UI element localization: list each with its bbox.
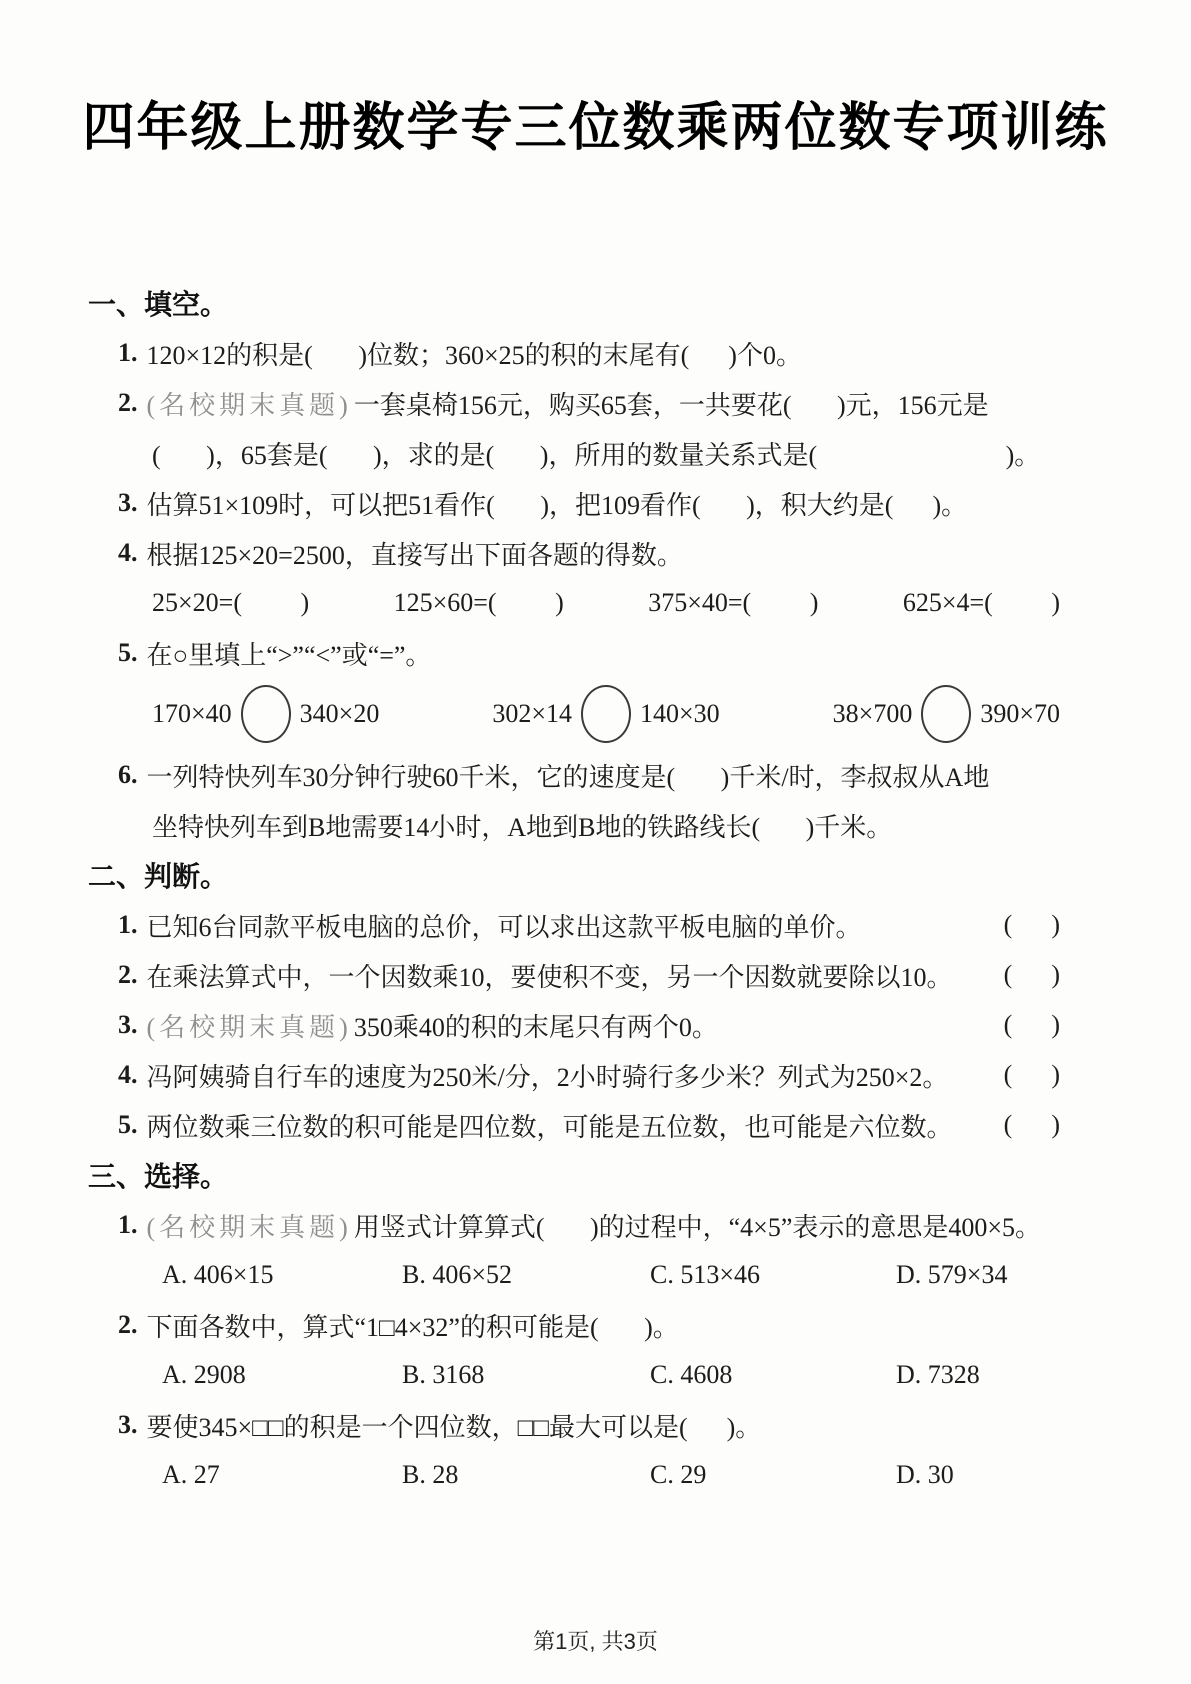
fill-q6-line2: 坐特快列车到B地需要14小时，A地到B地的铁路线长( )千米。 xyxy=(88,800,1060,850)
question-number: 1. xyxy=(118,338,138,368)
comparison-left: 38×700 xyxy=(833,699,913,729)
comparison-left: 170×40 xyxy=(152,699,232,729)
exam-source-tag: (名校期末真题) xyxy=(147,385,352,422)
question-text: 350乘40的积的末尾只有两个0。 xyxy=(354,1007,718,1044)
answer-bracket: ( ) xyxy=(1004,1110,1060,1140)
fill-q2-line2: ( )，65套是( )，求的是( )，所用的数量关系式是( )。 xyxy=(88,428,1060,478)
answer-bracket: ( ) xyxy=(1004,1060,1060,1090)
fill-q6-line1: 6. 一列特快列车30分钟行驶60千米，它的速度是( )千米/时，李叔叔从A地 xyxy=(88,750,1060,800)
question-number: 5. xyxy=(118,638,138,668)
answer-bracket: ( ) xyxy=(1004,910,1060,940)
question-text: 根据125×20=2500，直接写出下面各题的得数。 xyxy=(147,535,683,572)
question-text: 两位数乘三位数的积可能是四位数，可能是五位数，也可能是六位数。 xyxy=(147,1107,953,1144)
choice-q3: 3. 要使345×□□的积是一个四位数，□□最大可以是( )。 xyxy=(88,1400,1060,1450)
question-text: 一套桌椅156元，购买65套，一共要花( )元，156元是 xyxy=(354,385,989,422)
question-text: 一列特快列车30分钟行驶60千米，它的速度是( )千米/时，李叔叔从A地 xyxy=(147,757,990,794)
question-number: 4. xyxy=(118,538,138,568)
question-number: 6. xyxy=(118,760,138,790)
exam-source-tag: (名校期末真题) xyxy=(147,1207,352,1244)
option-b: B. 3168 xyxy=(402,1360,650,1390)
question-number: 2. xyxy=(118,388,138,418)
option-d: D. 7328 xyxy=(896,1360,1060,1390)
question-text: 估算51×109时，可以把51看作( )，把109看作( )，积大约是( )。 xyxy=(147,485,968,522)
option-d: D. 579×34 xyxy=(896,1260,1060,1290)
judge-item-3: 3. (名校期末真题) 350乘40的积的末尾只有两个0。 ( ) xyxy=(88,1000,1060,1050)
section-heading-judge: 二、判断。 xyxy=(88,850,1060,900)
comparison-item: 302×14 140×30 xyxy=(492,685,719,743)
fill-q5-comparisons: 170×40 340×20 302×14 140×30 38×700 390×7… xyxy=(88,678,1060,750)
choice-q3-options: A. 27 B. 28 C. 29 D. 30 xyxy=(88,1450,1060,1500)
comparison-right: 340×20 xyxy=(300,699,380,729)
comparison-circle-icon xyxy=(921,685,971,743)
question-text: 120×12的积是( )位数；360×25的积的末尾有( )个0。 xyxy=(147,335,802,372)
comparison-left: 302×14 xyxy=(492,699,572,729)
option-a: A. 2908 xyxy=(162,1360,402,1390)
answer-bracket: ( ) xyxy=(1004,1010,1060,1040)
equation-blank: 625×4=( ) xyxy=(903,588,1060,618)
question-number: 3. xyxy=(118,488,138,518)
option-a: A. 27 xyxy=(162,1460,402,1490)
judge-item-2: 2. 在乘法算式中，一个因数乘10，要使积不变，另一个因数就要除以10。 ( ) xyxy=(88,950,1060,1000)
option-b: B. 406×52 xyxy=(402,1260,650,1290)
comparison-item: 38×700 390×70 xyxy=(833,685,1060,743)
option-a: A. 406×15 xyxy=(162,1260,402,1290)
option-c: C. 513×46 xyxy=(650,1260,896,1290)
option-b: B. 28 xyxy=(402,1460,650,1490)
choice-q1-options: A. 406×15 B. 406×52 C. 513×46 D. 579×34 xyxy=(88,1250,1060,1300)
question-number: 1. xyxy=(118,1210,138,1240)
fill-q4: 4. 根据125×20=2500，直接写出下面各题的得数。 xyxy=(88,528,1060,578)
question-number: 4. xyxy=(118,1060,138,1090)
choice-q2: 2. 下面各数中，算式“1□4×32”的积可能是( )。 xyxy=(88,1300,1060,1350)
question-text: ( )，65套是( )，求的是( )，所用的数量关系式是( )。 xyxy=(152,435,1040,472)
equation-blank: 25×20=( ) xyxy=(152,588,309,618)
question-text: 用竖式计算算式( )的过程中，“4×5”表示的意思是400×5。 xyxy=(354,1207,1041,1244)
judge-item-1: 1. 已知6台同款平板电脑的总价，可以求出这款平板电脑的单价。 ( ) xyxy=(88,900,1060,950)
question-text: 坐特快列车到B地需要14小时，A地到B地的铁路线长( )千米。 xyxy=(152,807,892,844)
option-c: C. 4608 xyxy=(650,1360,896,1390)
fill-q2-line1: 2. (名校期末真题) 一套桌椅156元，购买65套，一共要花( )元，156元… xyxy=(88,378,1060,428)
judge-item-5: 5. 两位数乘三位数的积可能是四位数，可能是五位数，也可能是六位数。 ( ) xyxy=(88,1100,1060,1150)
fill-q1: 1. 120×12的积是( )位数；360×25的积的末尾有( )个0。 xyxy=(88,328,1060,378)
answer-bracket: ( ) xyxy=(1004,960,1060,990)
equation-blank: 125×60=( ) xyxy=(394,588,564,618)
comparison-item: 170×40 340×20 xyxy=(152,685,379,743)
choice-q2-options: A. 2908 B. 3168 C. 4608 D. 7328 xyxy=(88,1350,1060,1400)
question-text: 已知6台同款平板电脑的总价，可以求出这款平板电脑的单价。 xyxy=(147,907,862,944)
question-number: 5. xyxy=(118,1110,138,1140)
fill-q5: 5. 在○里填上“>”“<”或“=”。 xyxy=(88,628,1060,678)
fill-q4-equations: 25×20=( ) 125×60=( ) 375×40=( ) 625×4=( … xyxy=(88,578,1060,628)
question-number: 3. xyxy=(118,1410,138,1440)
section-heading-choice: 三、选择。 xyxy=(88,1150,1060,1200)
question-number: 2. xyxy=(118,960,138,990)
section-heading-fill: 一、填空。 xyxy=(88,278,1060,328)
judge-item-4: 4. 冯阿姨骑自行车的速度为250米/分，2小时骑行多少米？列式为250×2。 … xyxy=(88,1050,1060,1100)
question-number: 3. xyxy=(118,1010,138,1040)
comparison-right: 390×70 xyxy=(980,699,1060,729)
question-text: 在○里填上“>”“<”或“=”。 xyxy=(147,635,432,672)
page-title: 四年级上册数学专三位数乘两位数专项训练 xyxy=(0,94,1191,162)
page-footer: 第1页, 共3页 xyxy=(0,1625,1191,1656)
question-text: 冯阿姨骑自行车的速度为250米/分，2小时骑行多少米？列式为250×2。 xyxy=(147,1057,949,1094)
question-number: 2. xyxy=(118,1310,138,1340)
option-d: D. 30 xyxy=(896,1460,1060,1490)
exam-source-tag: (名校期末真题) xyxy=(147,1007,352,1044)
question-number: 1. xyxy=(118,910,138,940)
question-text: 下面各数中，算式“1□4×32”的积可能是( )。 xyxy=(147,1307,679,1344)
worksheet-body: 一、填空。 1. 120×12的积是( )位数；360×25的积的末尾有( )个… xyxy=(0,278,1191,1500)
option-c: C. 29 xyxy=(650,1460,896,1490)
fill-q3: 3. 估算51×109时，可以把51看作( )，把109看作( )，积大约是( … xyxy=(88,478,1060,528)
comparison-right: 140×30 xyxy=(640,699,720,729)
equation-blank: 375×40=( ) xyxy=(648,588,818,618)
question-text: 要使345×□□的积是一个四位数，□□最大可以是( )。 xyxy=(147,1407,762,1444)
comparison-circle-icon xyxy=(241,685,291,743)
choice-q1: 1. (名校期末真题) 用竖式计算算式( )的过程中，“4×5”表示的意思是40… xyxy=(88,1200,1060,1250)
question-text: 在乘法算式中，一个因数乘10，要使积不变，另一个因数就要除以10。 xyxy=(147,957,953,994)
comparison-circle-icon xyxy=(581,685,631,743)
